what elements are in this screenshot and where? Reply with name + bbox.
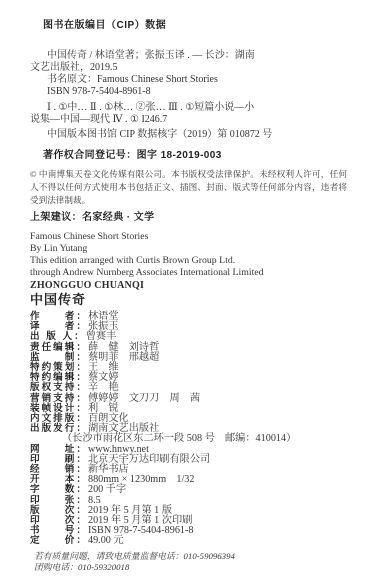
shelf-suggestion: 上架建议：名家经典 · 文学 bbox=[30, 212, 347, 224]
cip-classification: Ⅰ . ①中… Ⅱ . ①林… ②张… Ⅲ . ①短篇小说—小 说集—中国—现代… bbox=[30, 102, 347, 126]
classification-line: Ⅰ . ①中… Ⅱ . ①林… ②张… Ⅲ . ①短篇小说—小 bbox=[30, 102, 347, 114]
colophon-list-top: 作 者：林语堂 译 者：张振玉 出 版 人：曾赛丰 责任编辑：薛 健 刘诗哲 监… bbox=[30, 312, 347, 434]
english-credit-line: through Andrew Nurnberg Associates Inter… bbox=[30, 267, 347, 279]
english-credits: Famous Chinese Short Stories By Lin Yuta… bbox=[30, 231, 347, 279]
copyright-page: 图书在版编目（CIP）数据 中国传奇 / 林语堂著；张振玉译 . — 长沙：湖南… bbox=[0, 0, 375, 584]
english-credit-line: This edition arranged with Curtis Brown … bbox=[30, 255, 347, 267]
book-title: 中国传奇 bbox=[30, 292, 347, 307]
colophon-value: 49.00 元 bbox=[88, 535, 124, 546]
pinyin-title: ZHONGGUO CHUANQI bbox=[30, 280, 347, 292]
cip-record-line: 文艺出版社，2019.5 bbox=[30, 62, 347, 74]
quality-note-line: 团购电话：010-59320018 bbox=[34, 562, 347, 574]
colophon-list-bottom: 网 址：www.hnwy.net 印 刷：北京天宇万达印刷有限公司 经 销：新华… bbox=[30, 445, 347, 547]
cip-record-line: 中国传奇 / 林语堂著；张振玉译 . — 长沙：湖南 bbox=[30, 50, 347, 62]
classification-line: 说集—中国—现代 Ⅳ . ① I246.7 bbox=[30, 114, 347, 126]
colophon: 作 者：林语堂 译 者：张振玉 出 版 人：曾赛丰 责任编辑：薛 健 刘诗哲 监… bbox=[30, 312, 347, 547]
english-credit-line: Famous Chinese Short Stories bbox=[30, 231, 347, 243]
quality-notes: 若有质量问题，请致电质量监督电话：010-59096394 团购电话：010-5… bbox=[30, 551, 347, 574]
quality-note-line: 若有质量问题，请致电质量监督电话：010-59096394 bbox=[34, 551, 347, 563]
colophon-row: 定 价：49.00 元 bbox=[30, 536, 347, 546]
cip-heading: 图书在版编目（CIP）数据 bbox=[30, 20, 347, 32]
cip-record-line: 书名原文：Famous Chinese Short Stories bbox=[30, 74, 347, 86]
copyright-registration-number: 著作权合同登记号：图字 18-2019-003 bbox=[30, 149, 347, 162]
copyright-notice: © 中南博集天卷文化传媒有限公司。本书版权受法律保护。未经权利人许可，任何人不得… bbox=[30, 168, 347, 207]
cip-record-number: 中国版本图书馆 CIP 数据核字（2019）第 010872 号 bbox=[30, 129, 347, 141]
cip-record-line: ISBN 978-7-5404-8961-8 bbox=[30, 86, 347, 98]
cip-record: 中国传奇 / 林语堂著；张振玉译 . — 长沙：湖南 文艺出版社，2019.5 … bbox=[30, 50, 347, 98]
english-credit-line: By Lin Yutang bbox=[30, 243, 347, 255]
colophon-label: 定 价： bbox=[30, 535, 88, 546]
